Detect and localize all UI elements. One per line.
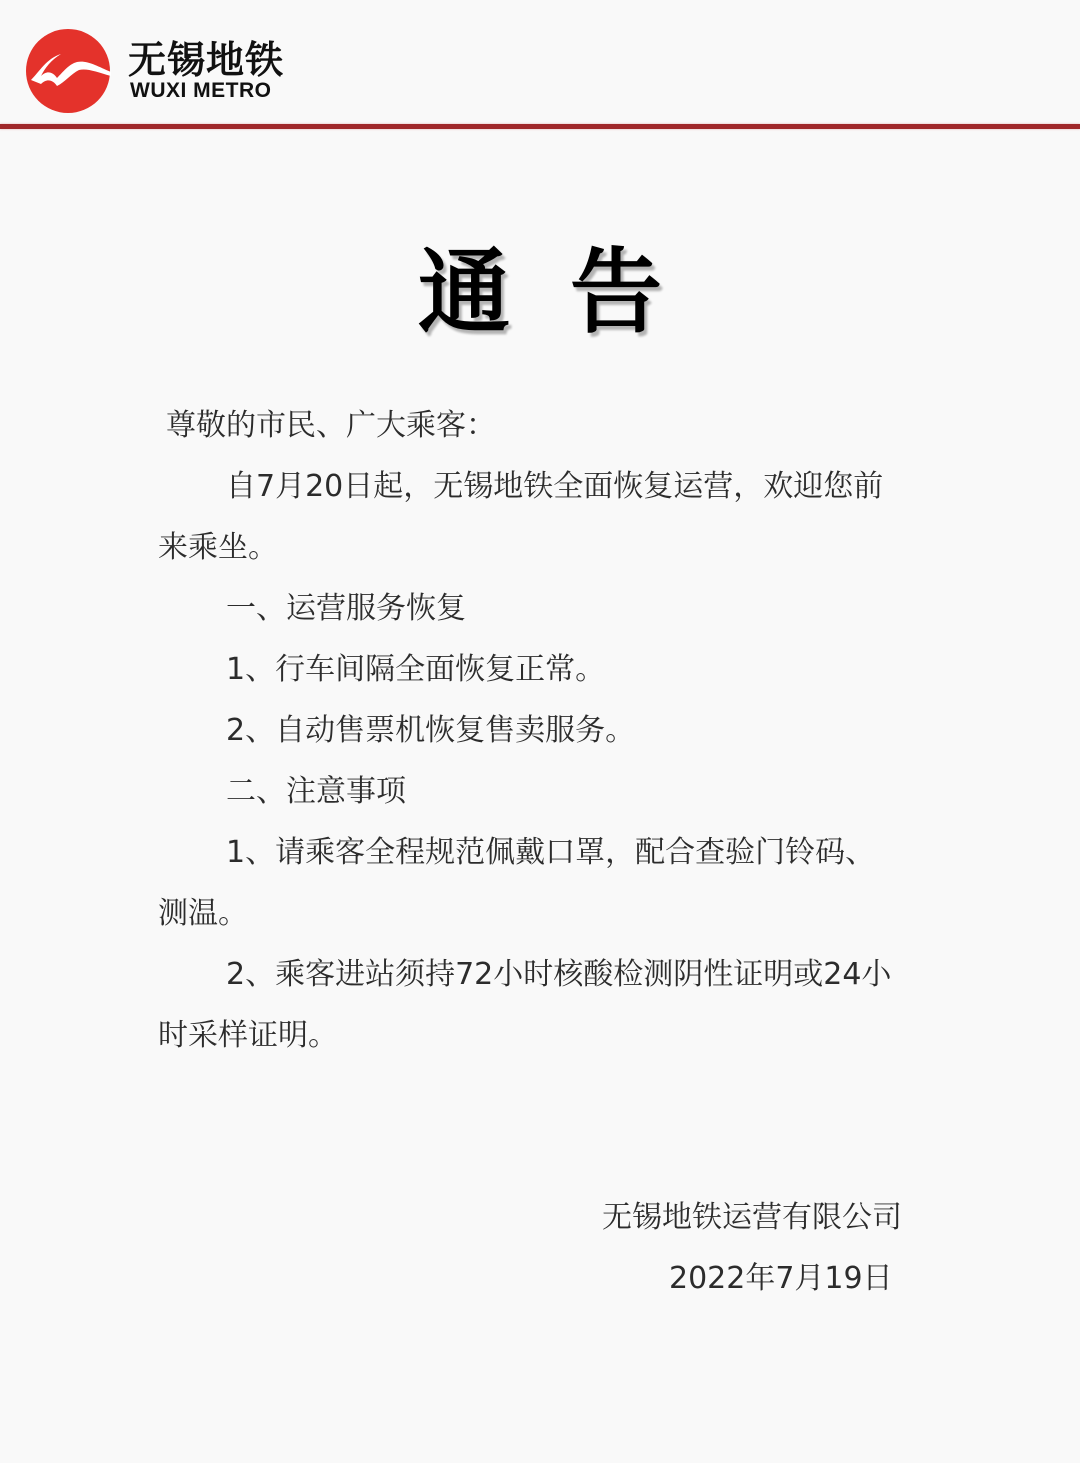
header-divider — [0, 124, 1080, 129]
brand-name-english: WUXI METRO — [130, 80, 272, 102]
intro-line-1: 自7月20日起，无锡地铁全面恢复运营，欢迎您前 — [158, 456, 928, 517]
section-heading: 一、运营服务恢复 — [158, 578, 928, 639]
signature-block: 无锡地铁运营有限公司 2022年7月19日 — [602, 1187, 902, 1309]
section-item: 1、请乘客全程规范佩戴口罩，配合查验门铃码、 — [158, 822, 928, 883]
notice-body: 尊敬的市民、广大乘客： 自7月20日起，无锡地铁全面恢复运营，欢迎您前 来乘坐。… — [158, 395, 928, 1066]
greeting: 尊敬的市民、广大乘客： — [158, 395, 928, 456]
notice-title: 通告 — [0, 238, 1080, 348]
brand-name-chinese: 无锡地铁 — [128, 40, 284, 80]
section-item: 2、自动售票机恢复售卖服务。 — [158, 700, 928, 761]
wuxi-metro-logo-icon — [25, 28, 111, 114]
section-item: 2、乘客进站须持72小时核酸检测阴性证明或24小 — [158, 944, 928, 1005]
intro-line-2: 来乘坐。 — [158, 517, 928, 578]
section-item-continuation: 测温。 — [158, 883, 928, 944]
issuer-name: 无锡地铁运营有限公司 — [602, 1187, 902, 1248]
issue-date: 2022年7月19日 — [602, 1248, 902, 1309]
section-item: 1、行车间隔全面恢复正常。 — [158, 639, 928, 700]
section-heading: 二、注意事项 — [158, 761, 928, 822]
letterhead: 无锡地铁 WUXI METRO — [0, 0, 1080, 130]
section-item-continuation: 时采样证明。 — [158, 1005, 928, 1066]
